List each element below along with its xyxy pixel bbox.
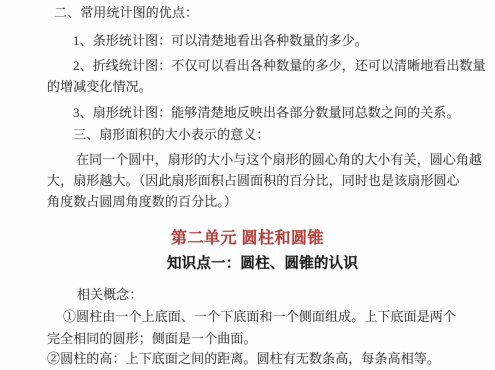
related-concepts-label: 相关概念： xyxy=(77,285,143,305)
document-page: 二、常用统计图的优点： 1、条形统计图：可以清楚地看出各种数量的多少。 2、折线… xyxy=(0,0,495,370)
knowledge-point-heading: 知识点一：圆柱、圆锥的认识 xyxy=(15,254,495,274)
paragraph-sector-2: 大，扇形越大。（因此扇形面积占圆面积的百分比，同时也是该扇形圆心 xyxy=(47,171,460,191)
concept-cylinder-height: ②圆柱的高：上下底面之间的距离。圆柱有无数条高，每条高相等。 xyxy=(47,349,440,369)
paragraph-sector-1: 在同一个圆中，扇形的大小与这个扇形的圆心角的大小有关，圆心角越 xyxy=(76,150,482,170)
item-line-chart-1: 2、折线统计图：不仅可以看出各种数量的多少，还可以清晰地看出数量 xyxy=(73,56,486,76)
paragraph-sector-3: 角度数占圆周角度数的百分比。） xyxy=(47,192,237,212)
concept-cylinder-parts-2: 完全相同的圆形；侧面是一个曲面。 xyxy=(47,329,257,349)
unit-title: 第二单元 圆柱和圆锥 xyxy=(0,229,495,249)
section-heading-chart-advantages: 二、常用统计图的优点： xyxy=(54,3,198,23)
item-line-chart-2: 的增减变化情况。 xyxy=(47,77,152,97)
concept-cylinder-parts-1: ①圆柱由一个上底面、一个下底面和一个侧面组成。上下底面是两个 xyxy=(63,307,456,327)
item-bar-chart: 1、条形统计图：可以清楚地看出各种数量的多少。 xyxy=(73,31,368,51)
section-heading-sector-area: 三、扇形面积的大小表示的意义： xyxy=(73,125,270,145)
item-pie-chart: 3、扇形统计图：能够清楚地反映出各部分数量同总数之间的关系。 xyxy=(73,103,460,123)
